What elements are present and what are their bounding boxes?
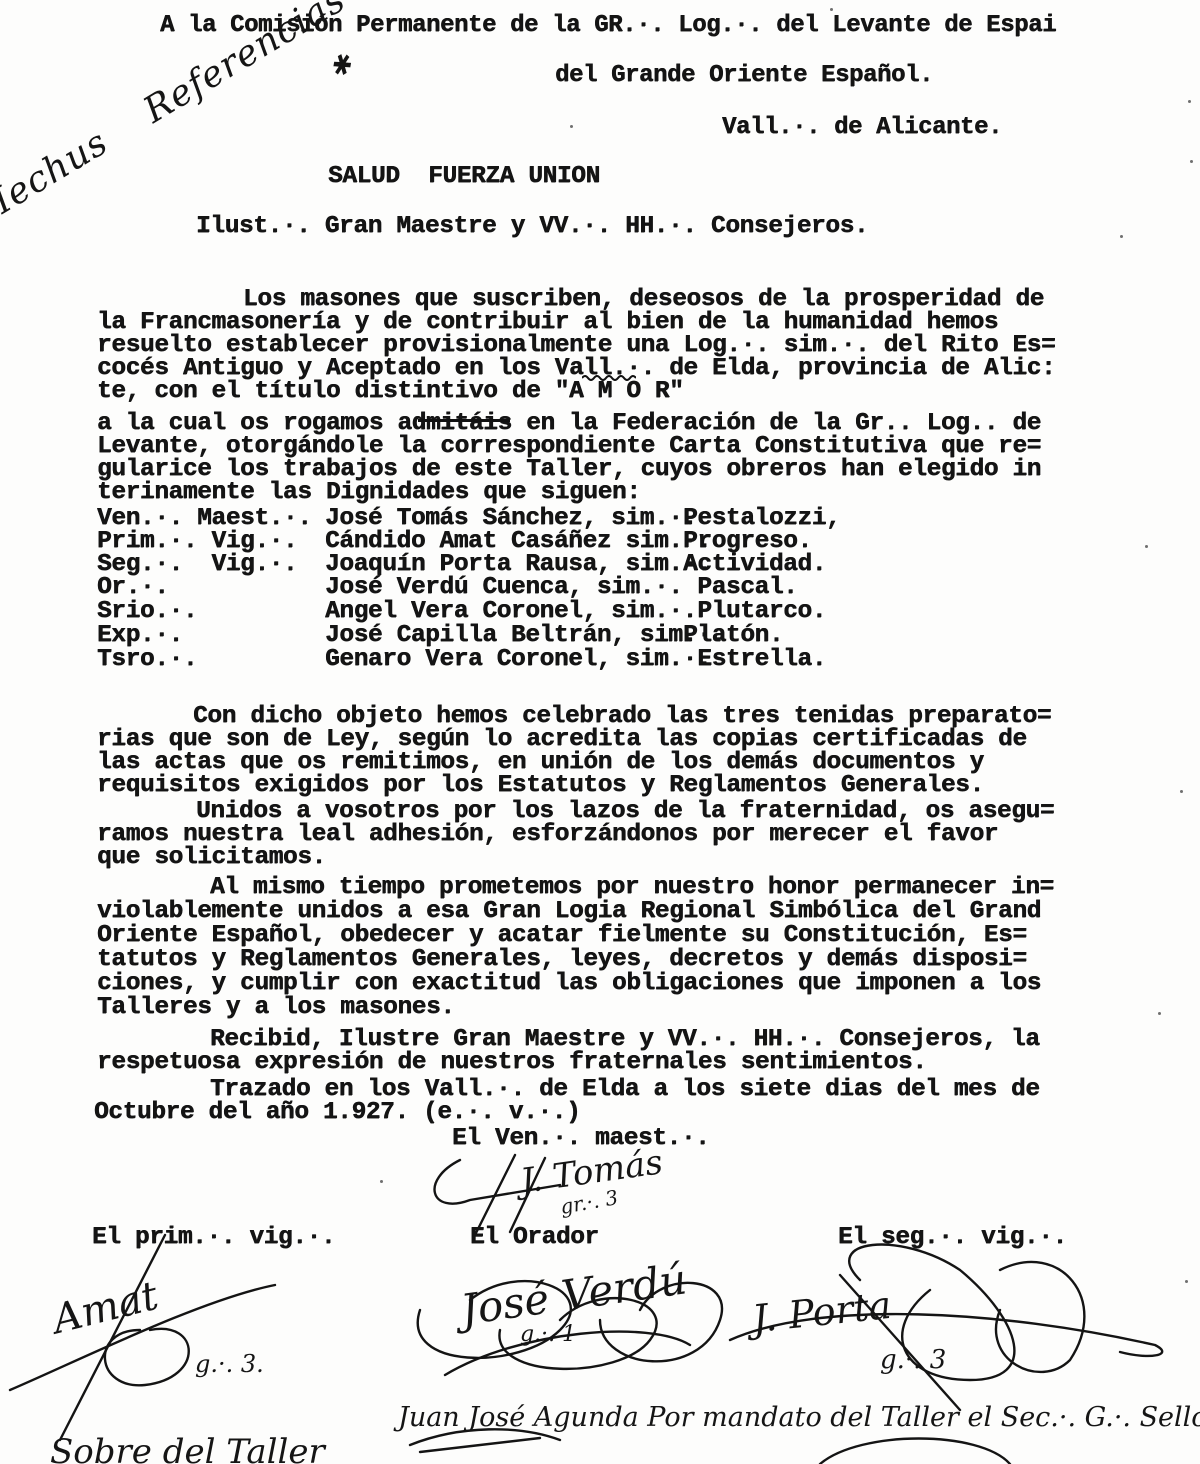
handwritten-secretary-note: Juan José Agunda Por mandato del Taller … <box>398 1402 1200 1433</box>
scan-speck <box>830 8 833 11</box>
officer-name: José Verdú Cuenca, sim.·. <box>325 576 683 600</box>
officer-row: Exp.·. José Capilla Beltrán, sim.·. Plat… <box>97 624 183 648</box>
ven-maest-label: El Ven.·. maest.·. <box>452 1127 709 1151</box>
motto: SALUD FUERZA UNION <box>328 165 600 189</box>
officer-symbolic-name: Plutarco. <box>683 600 826 624</box>
header-valley: Vall.·. de Alicante. <box>722 116 1002 140</box>
officer-row: Or.·. José Verdú Cuenca, sim.·. Pascal. <box>97 576 183 600</box>
seg-vig-grade: g.·. 3 <box>880 1345 946 1375</box>
officer-symbolic-name: Pascal. <box>683 576 797 600</box>
officer-symbolic-name: Estrella. <box>683 648 826 672</box>
paragraph4-line: violablemente unidos a esa Gran Logia Re… <box>97 900 1041 924</box>
officer-row: Srio.·. Angel Vera Coronel, sim.·. Pluta… <box>97 600 183 624</box>
paragraph3-line: que solicitamos. <box>97 846 326 870</box>
seg-vig-signature: J. Porta <box>750 1283 893 1341</box>
bottom-left-handwritten-fragment: Sobre del Taller <box>50 1432 325 1464</box>
paragraph4-line: Al mismo tiempo prometemos por nuestro h… <box>210 876 1054 900</box>
salutation: Ilust.·. Gran Maestre y VV.·. HH.·. Cons… <box>196 215 868 239</box>
scan-speck <box>1145 545 1148 548</box>
scanned-document-page: A la Comisión Permanente de la GR.·. Log… <box>0 0 1200 1464</box>
officer-symbolic-name: Platón. <box>683 624 783 648</box>
paragraph5-line: respetuosa expresión de nuestros fratern… <box>97 1051 927 1075</box>
annotation-star-icon: ✱ <box>324 49 358 86</box>
paragraph2-line: requisitos exigidos por los Estatutos y … <box>97 774 984 798</box>
prim-vig-signature: Amat <box>48 1273 163 1343</box>
annotation-word-hechos: Hechus <box>0 122 115 231</box>
officer-row: Tsro.·. Genaro Vera Coronel, sim.·. Estr… <box>97 648 183 672</box>
scan-speck <box>1120 235 1123 238</box>
orador-label: El Orador <box>470 1226 599 1250</box>
paragraph4-line: Oriente Español, obedecer y acatar fielm… <box>97 924 1027 948</box>
paragraph1-line: terinamente las Dignidades que siguen: <box>97 481 641 505</box>
officer-title: Tsro.·. <box>97 648 197 672</box>
paragraph6-line: Octubre del año 1.927. (e.·. v.·.) <box>94 1101 580 1125</box>
officer-title: Exp.·. <box>97 624 183 648</box>
officer-name: Genaro Vera Coronel, sim.·. <box>325 648 711 672</box>
prim-vig-grade: g.·. 3. <box>195 1350 264 1378</box>
underline-mark <box>582 374 636 382</box>
orador-grade: g.·. 1 <box>520 1322 576 1347</box>
prim-vig-label: El prim.·. vig.·. <box>92 1226 335 1250</box>
paragraph4-line: Talleres y a los masones. <box>97 996 455 1020</box>
paragraph1-line: te, con el título distintivo de "A M O R… <box>97 380 683 404</box>
scan-speck <box>1185 1280 1188 1283</box>
scan-speck <box>1158 1012 1161 1015</box>
header-orient: del Grande Oriente Español. <box>555 64 933 88</box>
officer-title: Or.·. <box>97 576 169 600</box>
officer-name: José Capilla Beltrán, sim.·. <box>325 624 725 648</box>
scan-speck <box>1190 160 1193 163</box>
officer-title: Srio.·. <box>97 600 197 624</box>
scan-speck <box>1188 100 1191 103</box>
paragraph4-line: ciones, y cumplir con exactitud las obli… <box>97 972 1041 996</box>
strikethrough-mark <box>418 419 510 422</box>
scan-speck <box>570 125 573 128</box>
officer-name: Angel Vera Coronel, sim.·. <box>325 600 697 624</box>
scan-speck <box>380 1180 383 1183</box>
paragraph4-line: tatutos y Reglamentos Generales, leyes, … <box>97 948 1027 972</box>
scan-speck <box>1180 790 1183 793</box>
seg-vig-label: El seg.·. vig.·. <box>838 1226 1067 1250</box>
